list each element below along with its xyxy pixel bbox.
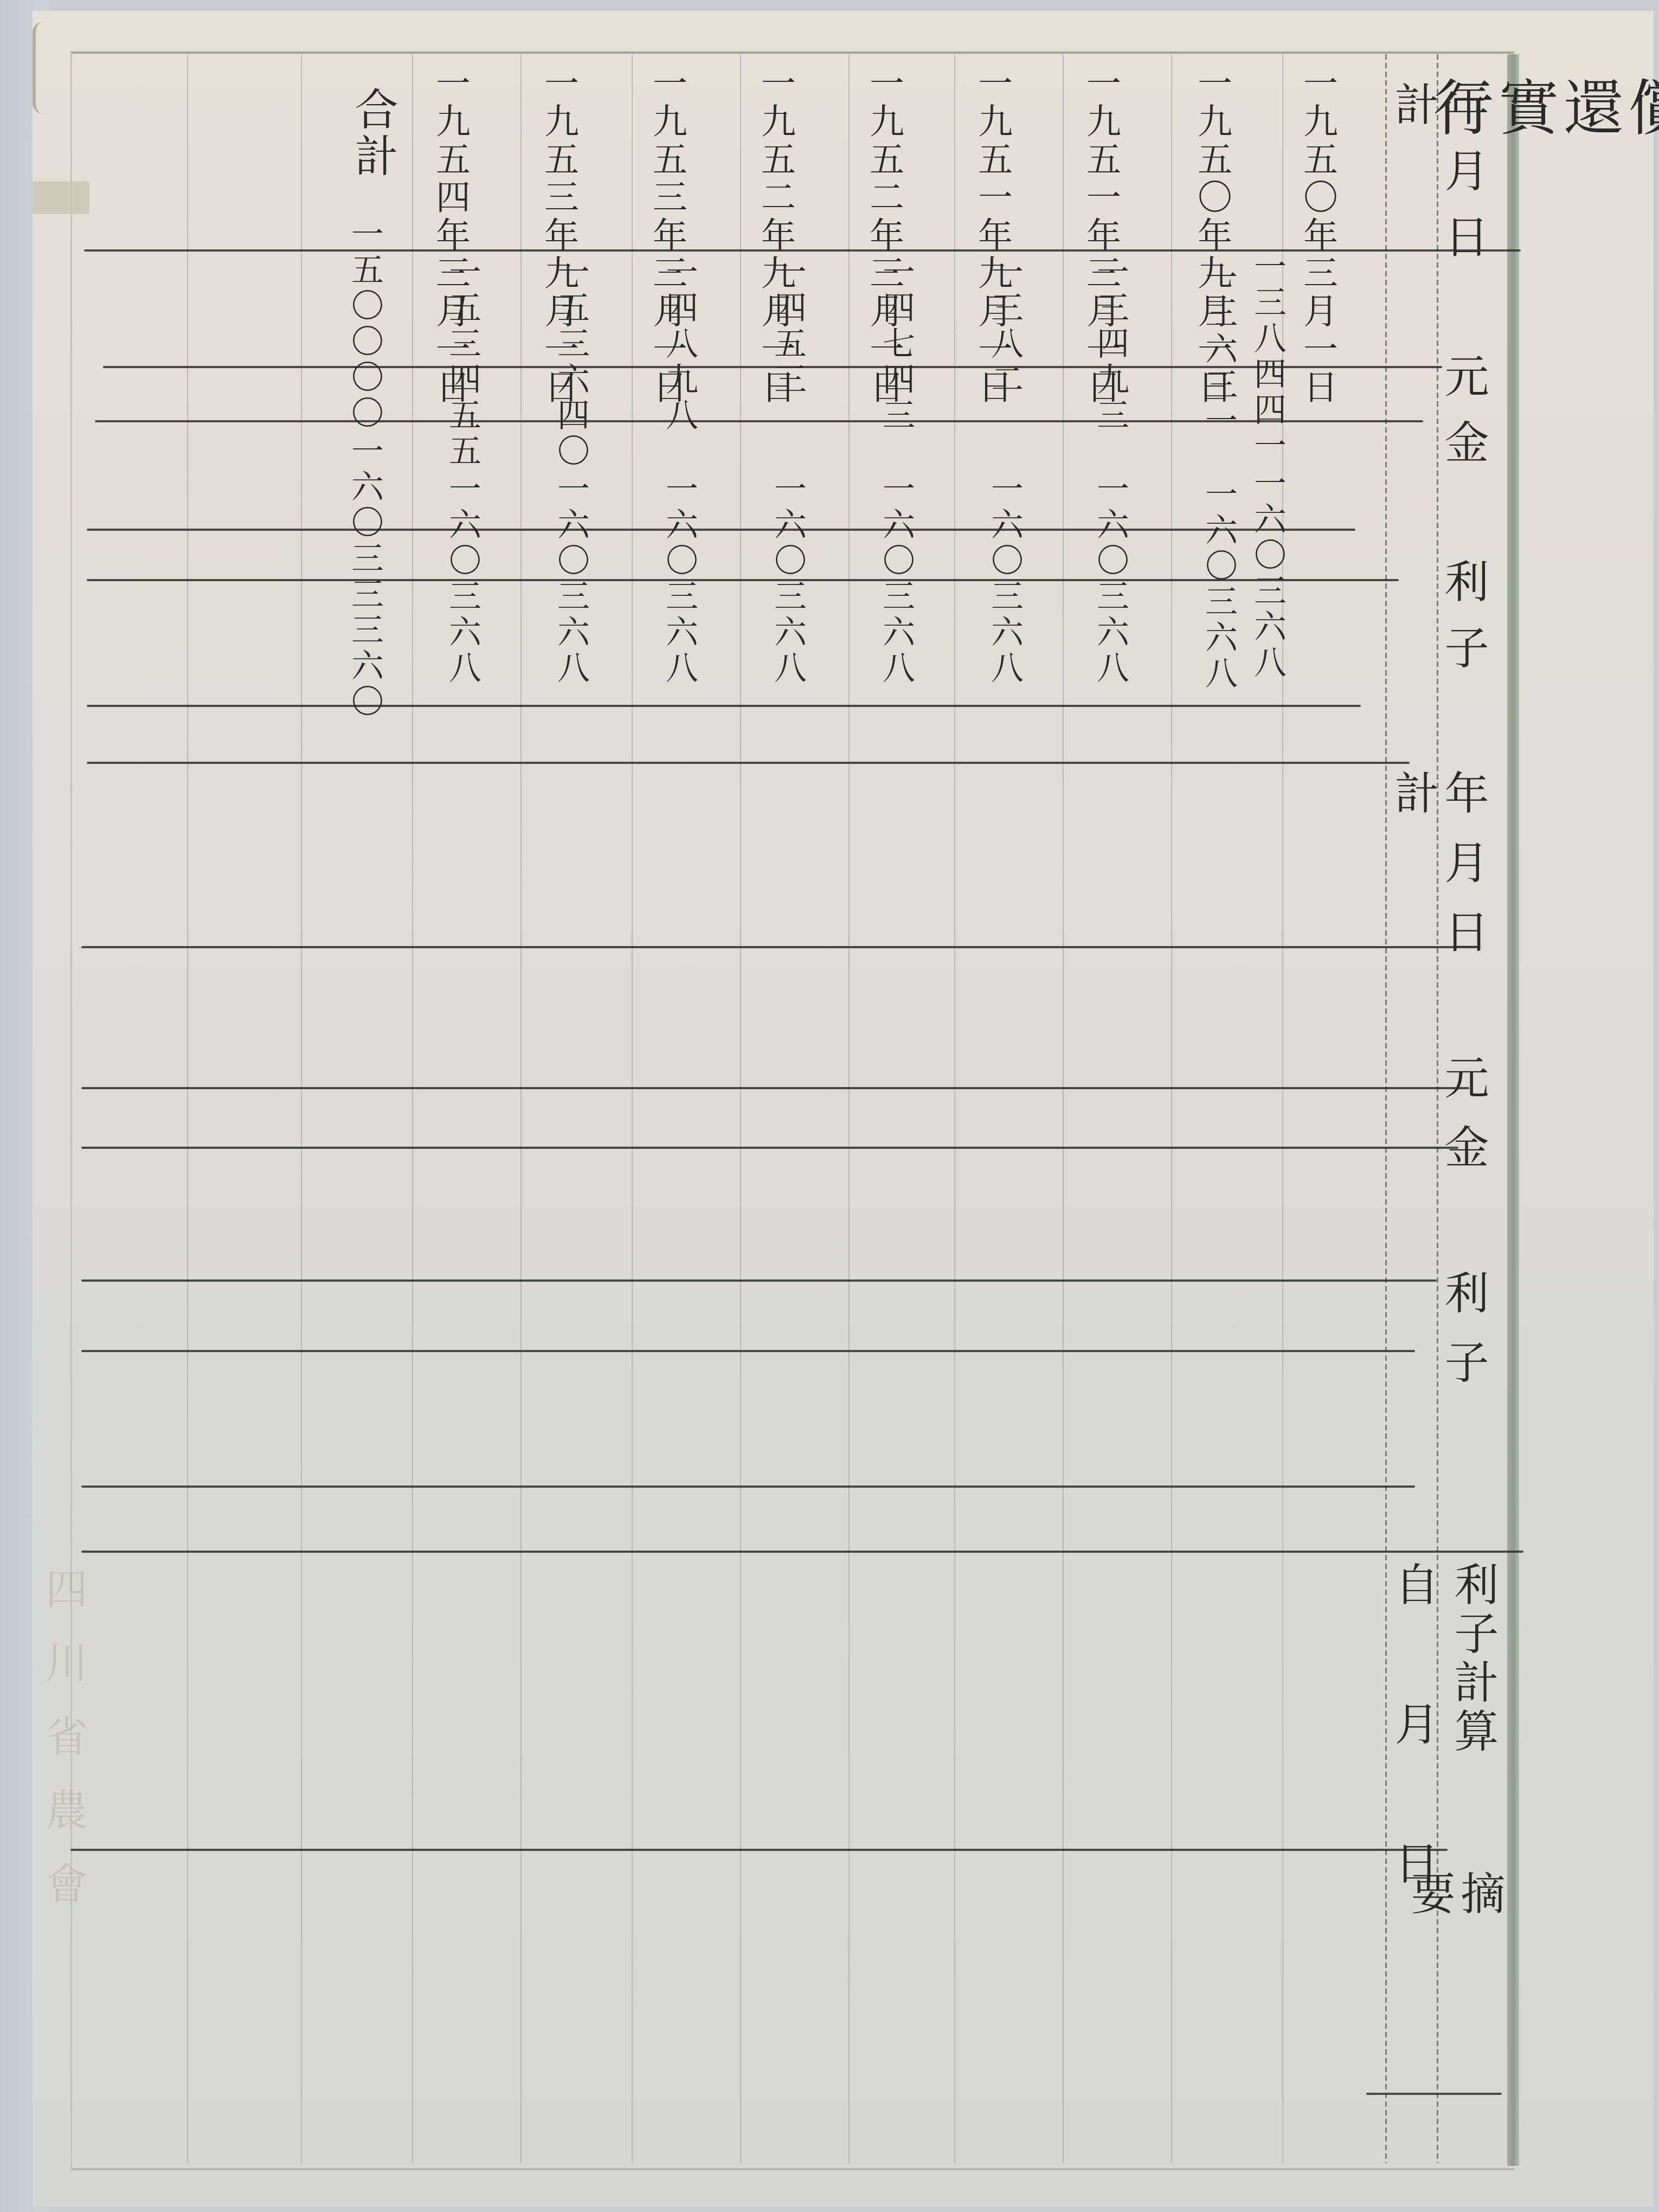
row-total: 一六〇三六八 [1092,472,1128,686]
rule-line [87,762,1410,764]
summary-label: 合計 [342,87,404,180]
row-total: 一六〇三六八 [445,472,480,686]
row-principal: 一四七四三 [878,255,914,434]
summary-principal: 一五〇〇〇〇 [347,217,383,432]
grid-vline [1171,54,1172,2163]
rule-line [70,1849,1448,1851]
row-total: 一六〇三六八 [553,472,589,686]
rule-line [87,705,1361,707]
rule-line [81,1147,1458,1149]
rule-line [81,1087,1469,1089]
row-principal: 一三四九三 [1092,255,1128,434]
title-char: 實 [1491,76,1556,137]
row-date: 一九五〇年三月一日 [1298,65,1336,407]
row-principal: 一五三四五五 [445,255,480,470]
rule-line [87,529,1355,531]
schedule-header: 年月日 元金 利子 計 [1388,81,1488,829]
row-principal: 一四五三 [770,255,806,398]
row-total: 一六〇三六八 [1201,477,1237,692]
row-total: 一六〇三六八 [1250,466,1285,681]
grid-vline [301,54,302,2163]
remarks-header: 摘要 [1404,1870,1504,2212]
grid-vline [1063,54,1064,2163]
title-char: 還 [1556,76,1621,137]
grid-vline [954,54,955,2163]
grid-vline [848,54,850,2163]
row-total: 一六〇三六八 [770,472,806,686]
grid-vline [632,54,633,2163]
rule-line [81,1279,1437,1282]
ledger-spine [1507,54,1519,2166]
margin-faint-text: 四川省農會 [33,1567,93,1935]
row-principal: 一三六三一 [1201,260,1237,439]
row-principal: 一三八四四一 [1250,249,1285,464]
row-total: 一六〇三六八 [661,472,697,686]
title-char: 償 [1621,76,1659,137]
interest-calc-sub: 自 月 日 [1388,1561,1438,1906]
row-principal: 一五三六四〇 [553,255,589,470]
rule-line [81,1350,1415,1352]
row-total: 一六〇三六八 [987,472,1023,686]
rule-line [81,1486,1415,1488]
rule-line [81,946,1480,948]
interest-calc-header: 利子計算 [1448,1561,1497,1757]
grid-vline [412,54,413,2163]
row-total: 一六〇三六八 [878,472,914,686]
grid-vline-dashed [1385,54,1387,2163]
grid-vline [187,54,188,2163]
row-principal: 一四八九八 [661,255,697,434]
torn-edge [33,22,52,114]
grid-vline [740,54,741,2163]
grid-vline [520,54,522,2163]
actual-header: 年月日 元金 利子 計 [1388,770,1488,1529]
summary-total: 一六〇三三三六〇 [347,434,383,720]
rule-line [81,1551,1523,1553]
row-principal: 一三八二 [987,255,1023,398]
